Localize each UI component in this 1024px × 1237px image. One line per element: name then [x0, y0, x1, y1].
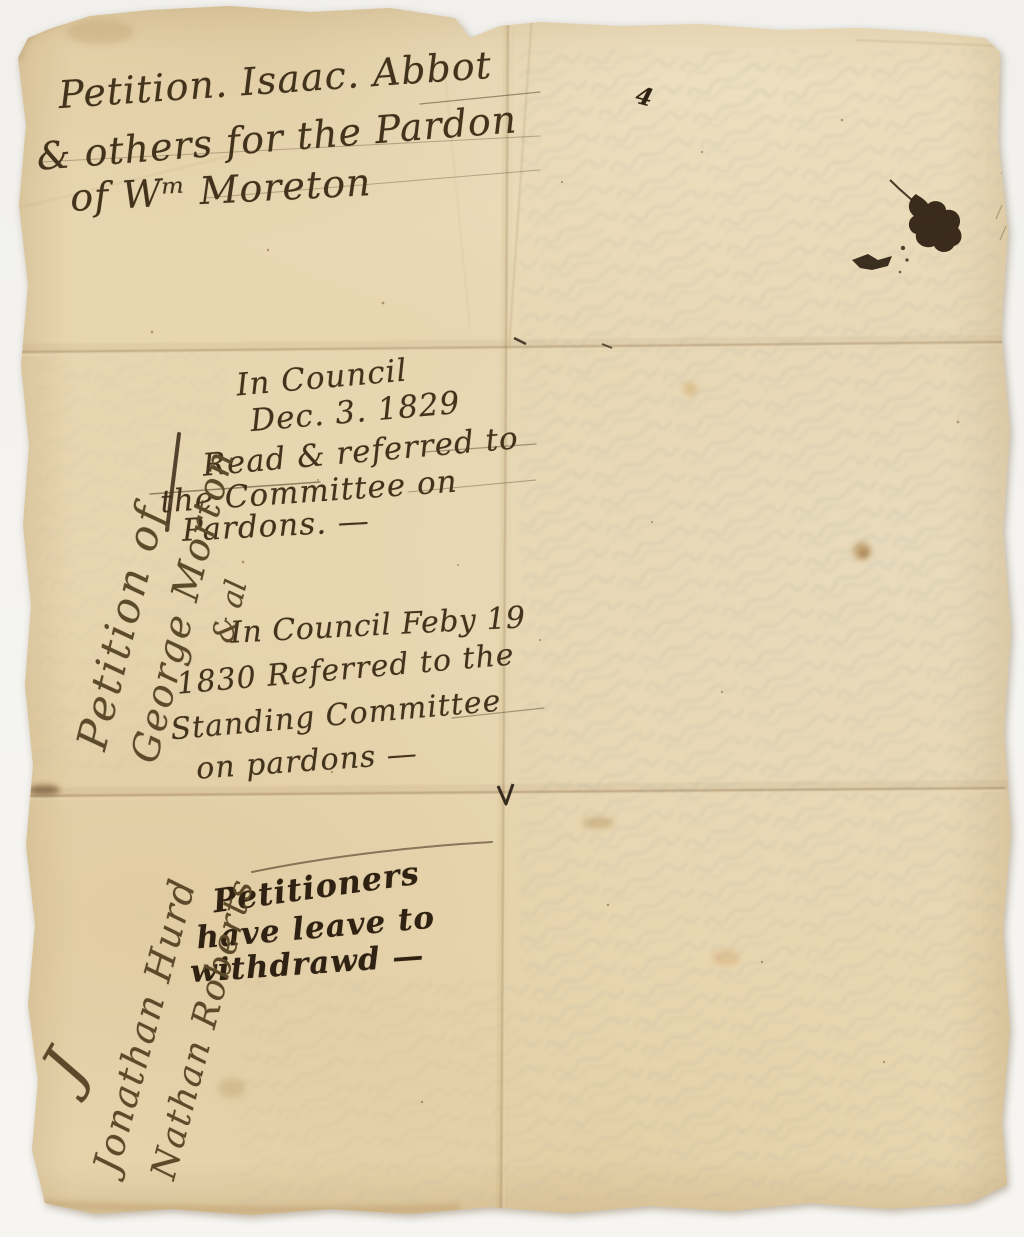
paper-shadow-wrap: Petition. Isaac. Abbot & others for the …	[0, 0, 1024, 1237]
signature-flourish: J	[27, 1037, 103, 1096]
ink-blot-small	[852, 254, 892, 270]
ink-blots	[498, 158, 1013, 804]
ink-blot-large	[909, 194, 962, 252]
document-paper: Petition. Isaac. Abbot & others for the …	[0, 0, 1024, 1237]
page-number-mark: 4	[633, 80, 658, 113]
signatures-block: Jonathan Hurd Nathan Roberts	[78, 857, 270, 1194]
edge-tally-marks	[996, 158, 1013, 240]
scanned-document-page: Petition. Isaac. Abbot & others for the …	[0, 0, 1024, 1237]
fold-ink-check	[498, 784, 513, 804]
council-1830-line-4: on pardons —	[195, 736, 419, 786]
